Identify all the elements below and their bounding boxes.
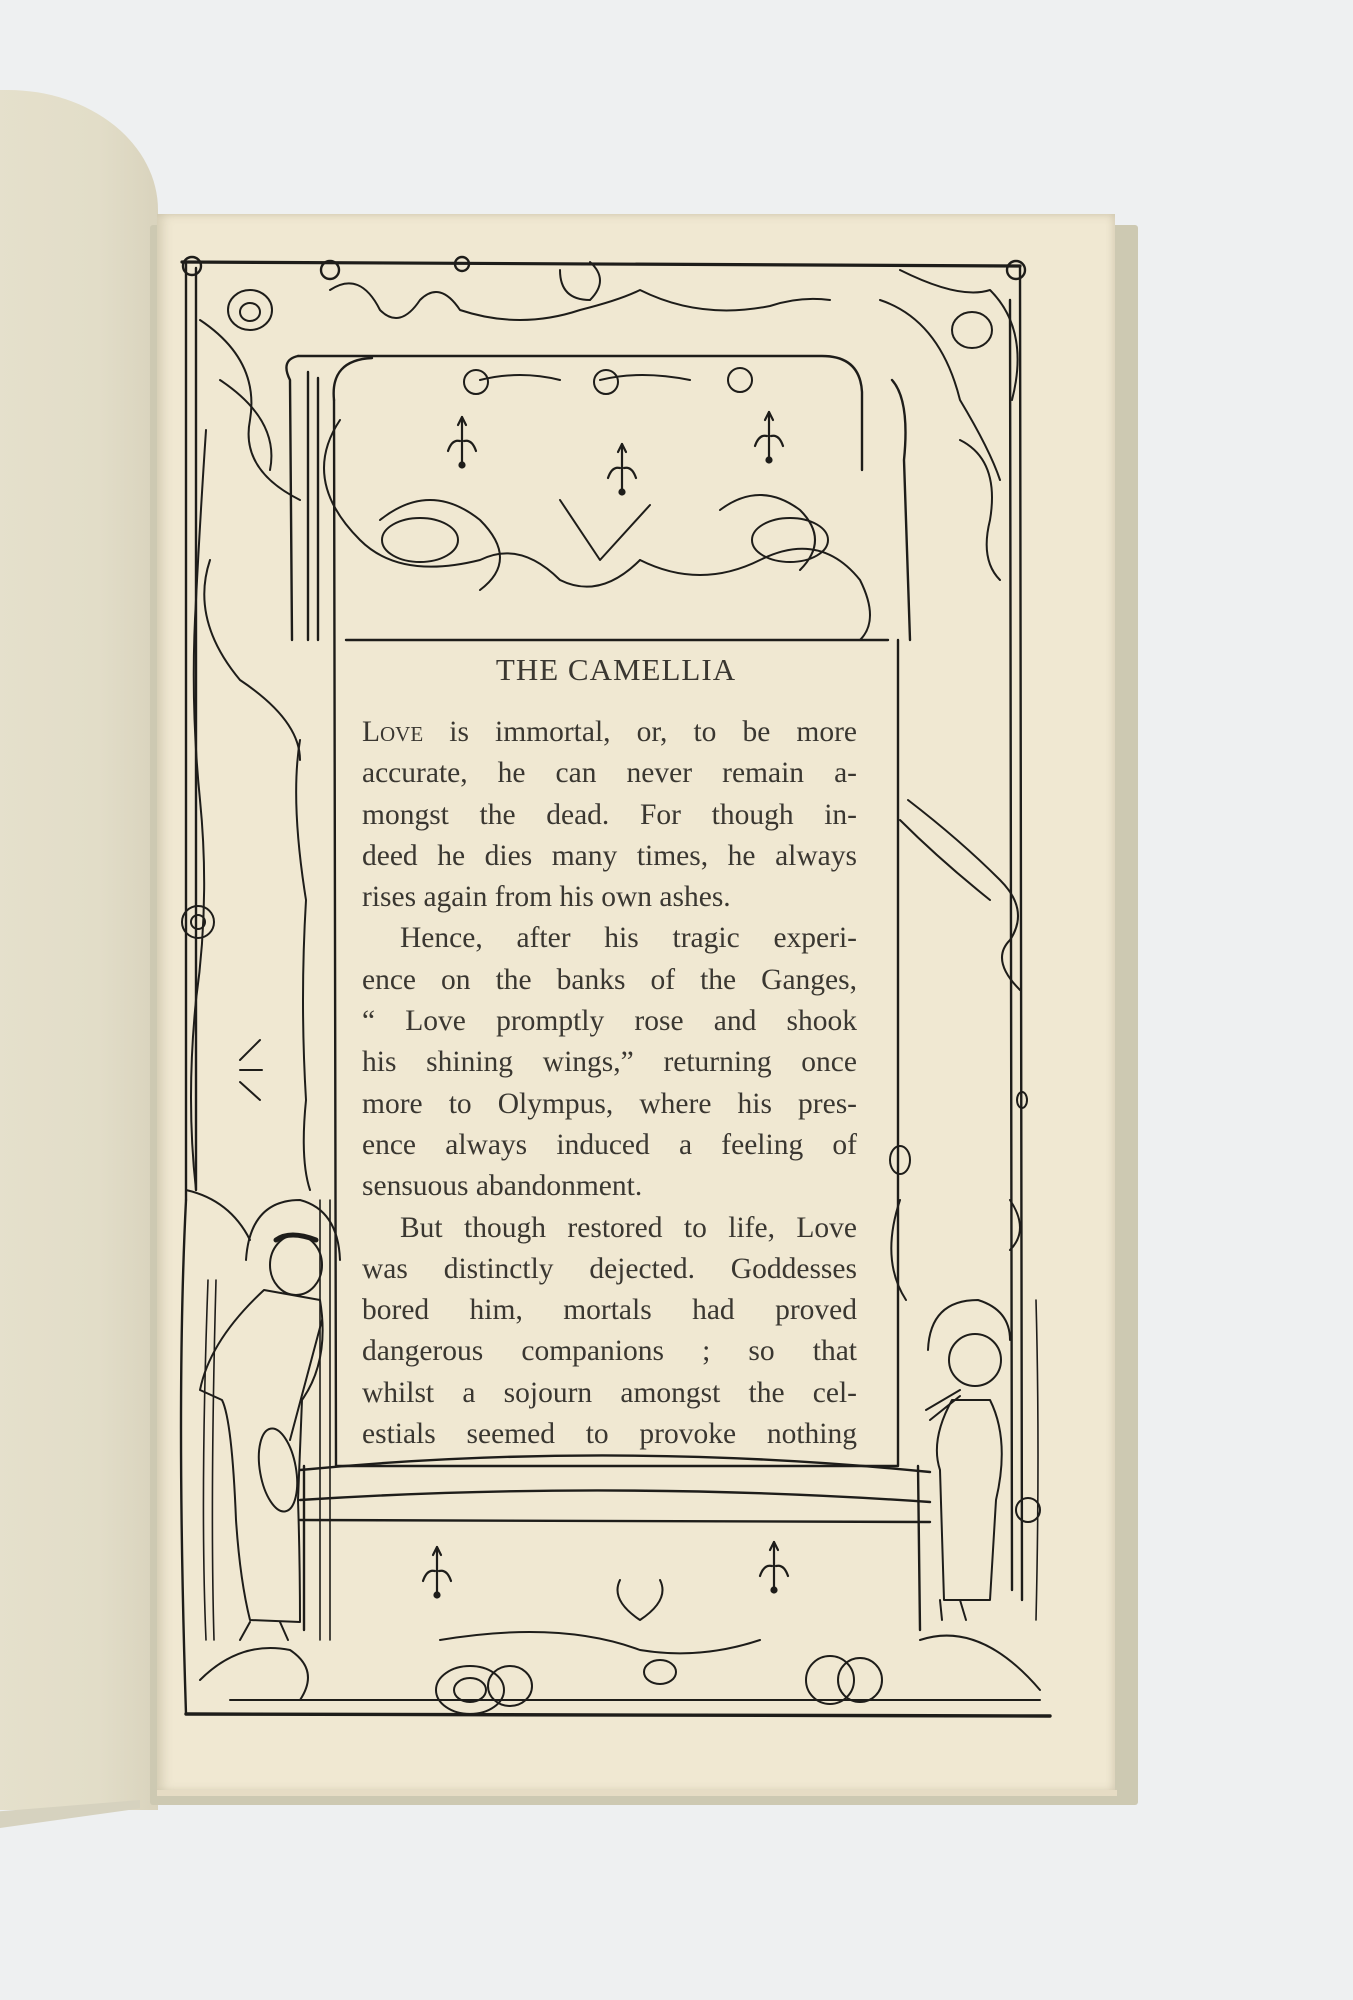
text-line: Love is immortal, or, to be more <box>362 712 857 753</box>
text-line: accurate, he can never remain a- <box>362 753 857 794</box>
text-line: bored him, mortals had proved <box>362 1290 857 1331</box>
text-line: ence always induced a feeling of <box>362 1125 857 1166</box>
text-panel: THE CAMELLIA Love is immortal, or, to be… <box>336 640 896 1466</box>
text-line: was distinctly dejected. Goddesses <box>362 1249 857 1290</box>
text-line: dangerous companions ; so that <box>362 1331 857 1372</box>
text-line: more to Olympus, where his pres- <box>362 1084 857 1125</box>
text-line: whilst a sojourn amongst the cel- <box>362 1373 857 1414</box>
text-line: mongst the dead. For though in- <box>362 795 857 836</box>
text-line: sensuous abandonment. <box>362 1166 857 1207</box>
text-line: rises again from his own ashes. <box>362 877 857 918</box>
chapter-body: Love is immortal, or, to be more accurat… <box>362 712 857 1455</box>
text-line: estials seemed to provoke nothing <box>362 1414 857 1455</box>
right-scrollwork <box>890 800 1027 1300</box>
chapter-title: THE CAMELLIA <box>336 652 896 688</box>
drop-smallcaps-word: Love <box>362 716 423 748</box>
text-line: ence on the banks of the Ganges, <box>362 960 857 1001</box>
text-line: “ Love promptly rose and shook <box>362 1001 857 1042</box>
text-line: deed he dies many times, he always <box>362 836 857 877</box>
lute-player-figure <box>200 1200 340 1640</box>
text-line: his shining wings,” returning once <box>362 1042 857 1083</box>
text-line: Hence, after his tragic experi- <box>362 918 857 959</box>
bottom-scrollwork <box>200 1580 1040 1714</box>
text-line: But though restored to life, Love <box>362 1208 857 1249</box>
